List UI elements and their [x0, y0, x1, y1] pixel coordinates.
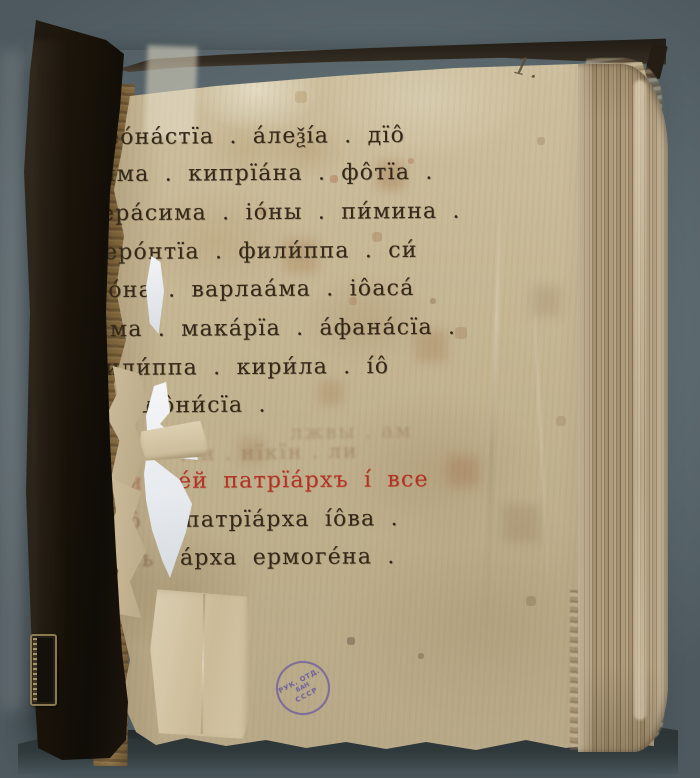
fore-edge-highlight: [634, 80, 646, 720]
spine-sheen: [30, 40, 100, 660]
spine-metal-fitting: [30, 634, 57, 706]
manuscript-line: а́рха ермоге́на .: [180, 544, 396, 571]
manuscript-line: ео́на́стїа . а́леѯі́а . дїо̂: [106, 122, 405, 150]
manuscript-line: ера́сима . іо́ны . пи́мина .: [101, 199, 461, 227]
background-light: [0, 50, 26, 710]
manuscript-line: ма . мака́рїа . а́фана́сїа .: [110, 315, 456, 342]
page-stain-specks: [0, 0, 2, 2]
manuscript-line-red: е́й патрїа́рхъ і́ все: [178, 467, 429, 494]
paper-repair-patch: [149, 589, 254, 743]
manuscript-line: или́ппа . кири́ла . і́о̂: [105, 354, 389, 381]
manuscript-photograph: лжвы . ам гїн . нїкїн . ли ео́на́стїа . …: [0, 0, 700, 778]
manuscript-line: патрїа́рха і́о̂ва .: [185, 506, 399, 532]
manuscript-line: и́ма . кипрїа́на . фо̂тїа .: [101, 160, 434, 187]
book-fore-edge: [578, 64, 668, 752]
